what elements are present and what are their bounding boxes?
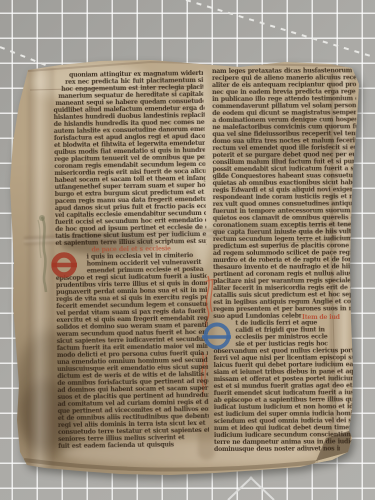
photo-manuscript-on-cutting-mat: quoniam attingitur ex magnatum widertrac… [0,0,375,500]
manuscript-text-line: dominusque deus noster adiuvet nos in ho… [214,445,340,453]
rubric-overlay: Item de iud [302,314,356,322]
orange-wax-spot [349,290,360,303]
red-initial [50,252,80,280]
parchment-surface: quoniam attingitur ex magnatum widertrac… [0,0,375,500]
right-text-column: nam leges pretaxatas dicas husfastenorum… [212,67,358,453]
manuscript-leaf: quoniam attingitur ex magnatum widertrac… [0,0,375,500]
blue-initial [201,321,232,353]
